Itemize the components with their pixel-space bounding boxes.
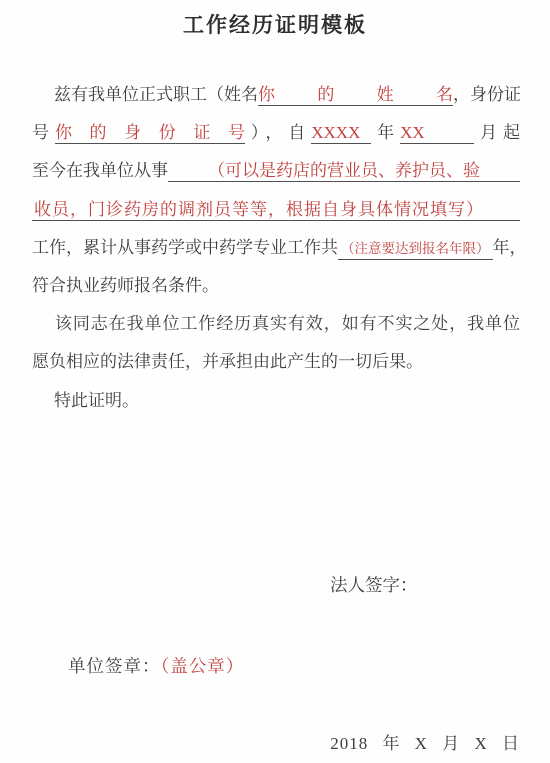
- p1l5-tail: 年，: [493, 238, 521, 257]
- paragraph1-line3: 至今在我单位从事（可以是药店的营业员、养护员、验: [32, 152, 520, 190]
- unit-seal-label: 单位签章：: [68, 656, 161, 676]
- month-placeholder: XX: [400, 123, 425, 142]
- month-label: 月起: [474, 123, 520, 142]
- legal-representative-signature-label: 法人签字：: [330, 572, 418, 597]
- p2l2-text: 愿负相应的法律责任，并承担由此产生的一切后果。: [32, 352, 423, 371]
- p1l1-text: 兹有我单位正式职工（姓名: [54, 85, 258, 104]
- year-label: 年: [371, 123, 400, 142]
- job-placeholder-part1: （可以是药店的营业员、养护员、验: [208, 161, 480, 180]
- job-blank-field: （可以是药店的营业员、养护员、验: [168, 156, 520, 182]
- page-title: 工作经历证明模板: [0, 9, 550, 39]
- p1l3-text: 至今在我单位从事: [32, 161, 168, 180]
- p1l2-text: 号: [32, 123, 55, 142]
- paragraph2-line1: 该同志在我单位工作经历真实有效，如有不实之处，我单位: [32, 305, 520, 343]
- name-blank-field: 你的姓名: [258, 80, 453, 106]
- official-seal-note: （盖公章）: [161, 656, 245, 676]
- certificate-page: 工作经历证明模板 兹有我单位正式职工（姓名你的姓名，身份证 号你的身份证号），自…: [0, 0, 550, 763]
- paragraph1-line5: 工作，累计从事药学或中药学专业工作共（注意要达到报名年限）年，: [32, 229, 520, 267]
- id-number-blank-field: 你的身份证号: [55, 118, 245, 144]
- p2l1-text: 该同志在我单位工作经历真实有效，如有不实之处，我单位: [54, 314, 520, 333]
- paragraph1-line4: 收员，门诊药房的调剂员等等，根据自身具体情况填写）: [32, 191, 520, 229]
- paragraph1-line1: 兹有我单位正式职工（姓名你的姓名，身份证: [32, 76, 520, 114]
- p1l2-mid: ），自: [245, 123, 311, 142]
- years-blank-field: （注意要达到报名年限）: [338, 237, 493, 260]
- paragraph1-line6: 符合执业药师报名条件。: [32, 267, 520, 305]
- paragraph2-line2: 愿负相应的法律责任，并承担由此产生的一切后果。: [32, 343, 520, 381]
- closing-text: 特此证明。: [54, 391, 139, 410]
- unit-seal-line: 单位签章：（盖公章）: [68, 653, 244, 678]
- p1l1-tail: ，身份证: [453, 85, 520, 104]
- job-placeholder-part2: 收员，门诊药房的调剂员等等，根据自身具体情况填写）: [34, 200, 484, 219]
- year-blank-field: XXXX: [311, 123, 371, 144]
- years-note-placeholder: （注意要达到报名年限）: [341, 241, 490, 256]
- job-blank-field-continued: 收员，门诊药房的调剂员等等，根据自身具体情况填写）: [32, 195, 520, 221]
- paragraph1-line2: 号你的身份证号），自XXXX年XX月起: [32, 114, 520, 152]
- closing-statement: 特此证明。: [32, 382, 520, 420]
- month-blank-field: XX: [400, 123, 474, 144]
- p1l6-text: 符合执业药师报名条件。: [32, 276, 219, 295]
- certificate-body: 兹有我单位正式职工（姓名你的姓名，身份证 号你的身份证号），自XXXX年XX月起…: [32, 76, 520, 420]
- p1l5-text: 工作，累计从事药学或中药学专业工作共: [32, 238, 338, 257]
- date-line: 2018 年 X 月 X 日: [330, 729, 520, 754]
- year-placeholder: XXXX: [311, 123, 360, 142]
- name-placeholder: 你的姓名: [258, 85, 453, 104]
- id-number-placeholder: 你的身份证号: [55, 123, 245, 142]
